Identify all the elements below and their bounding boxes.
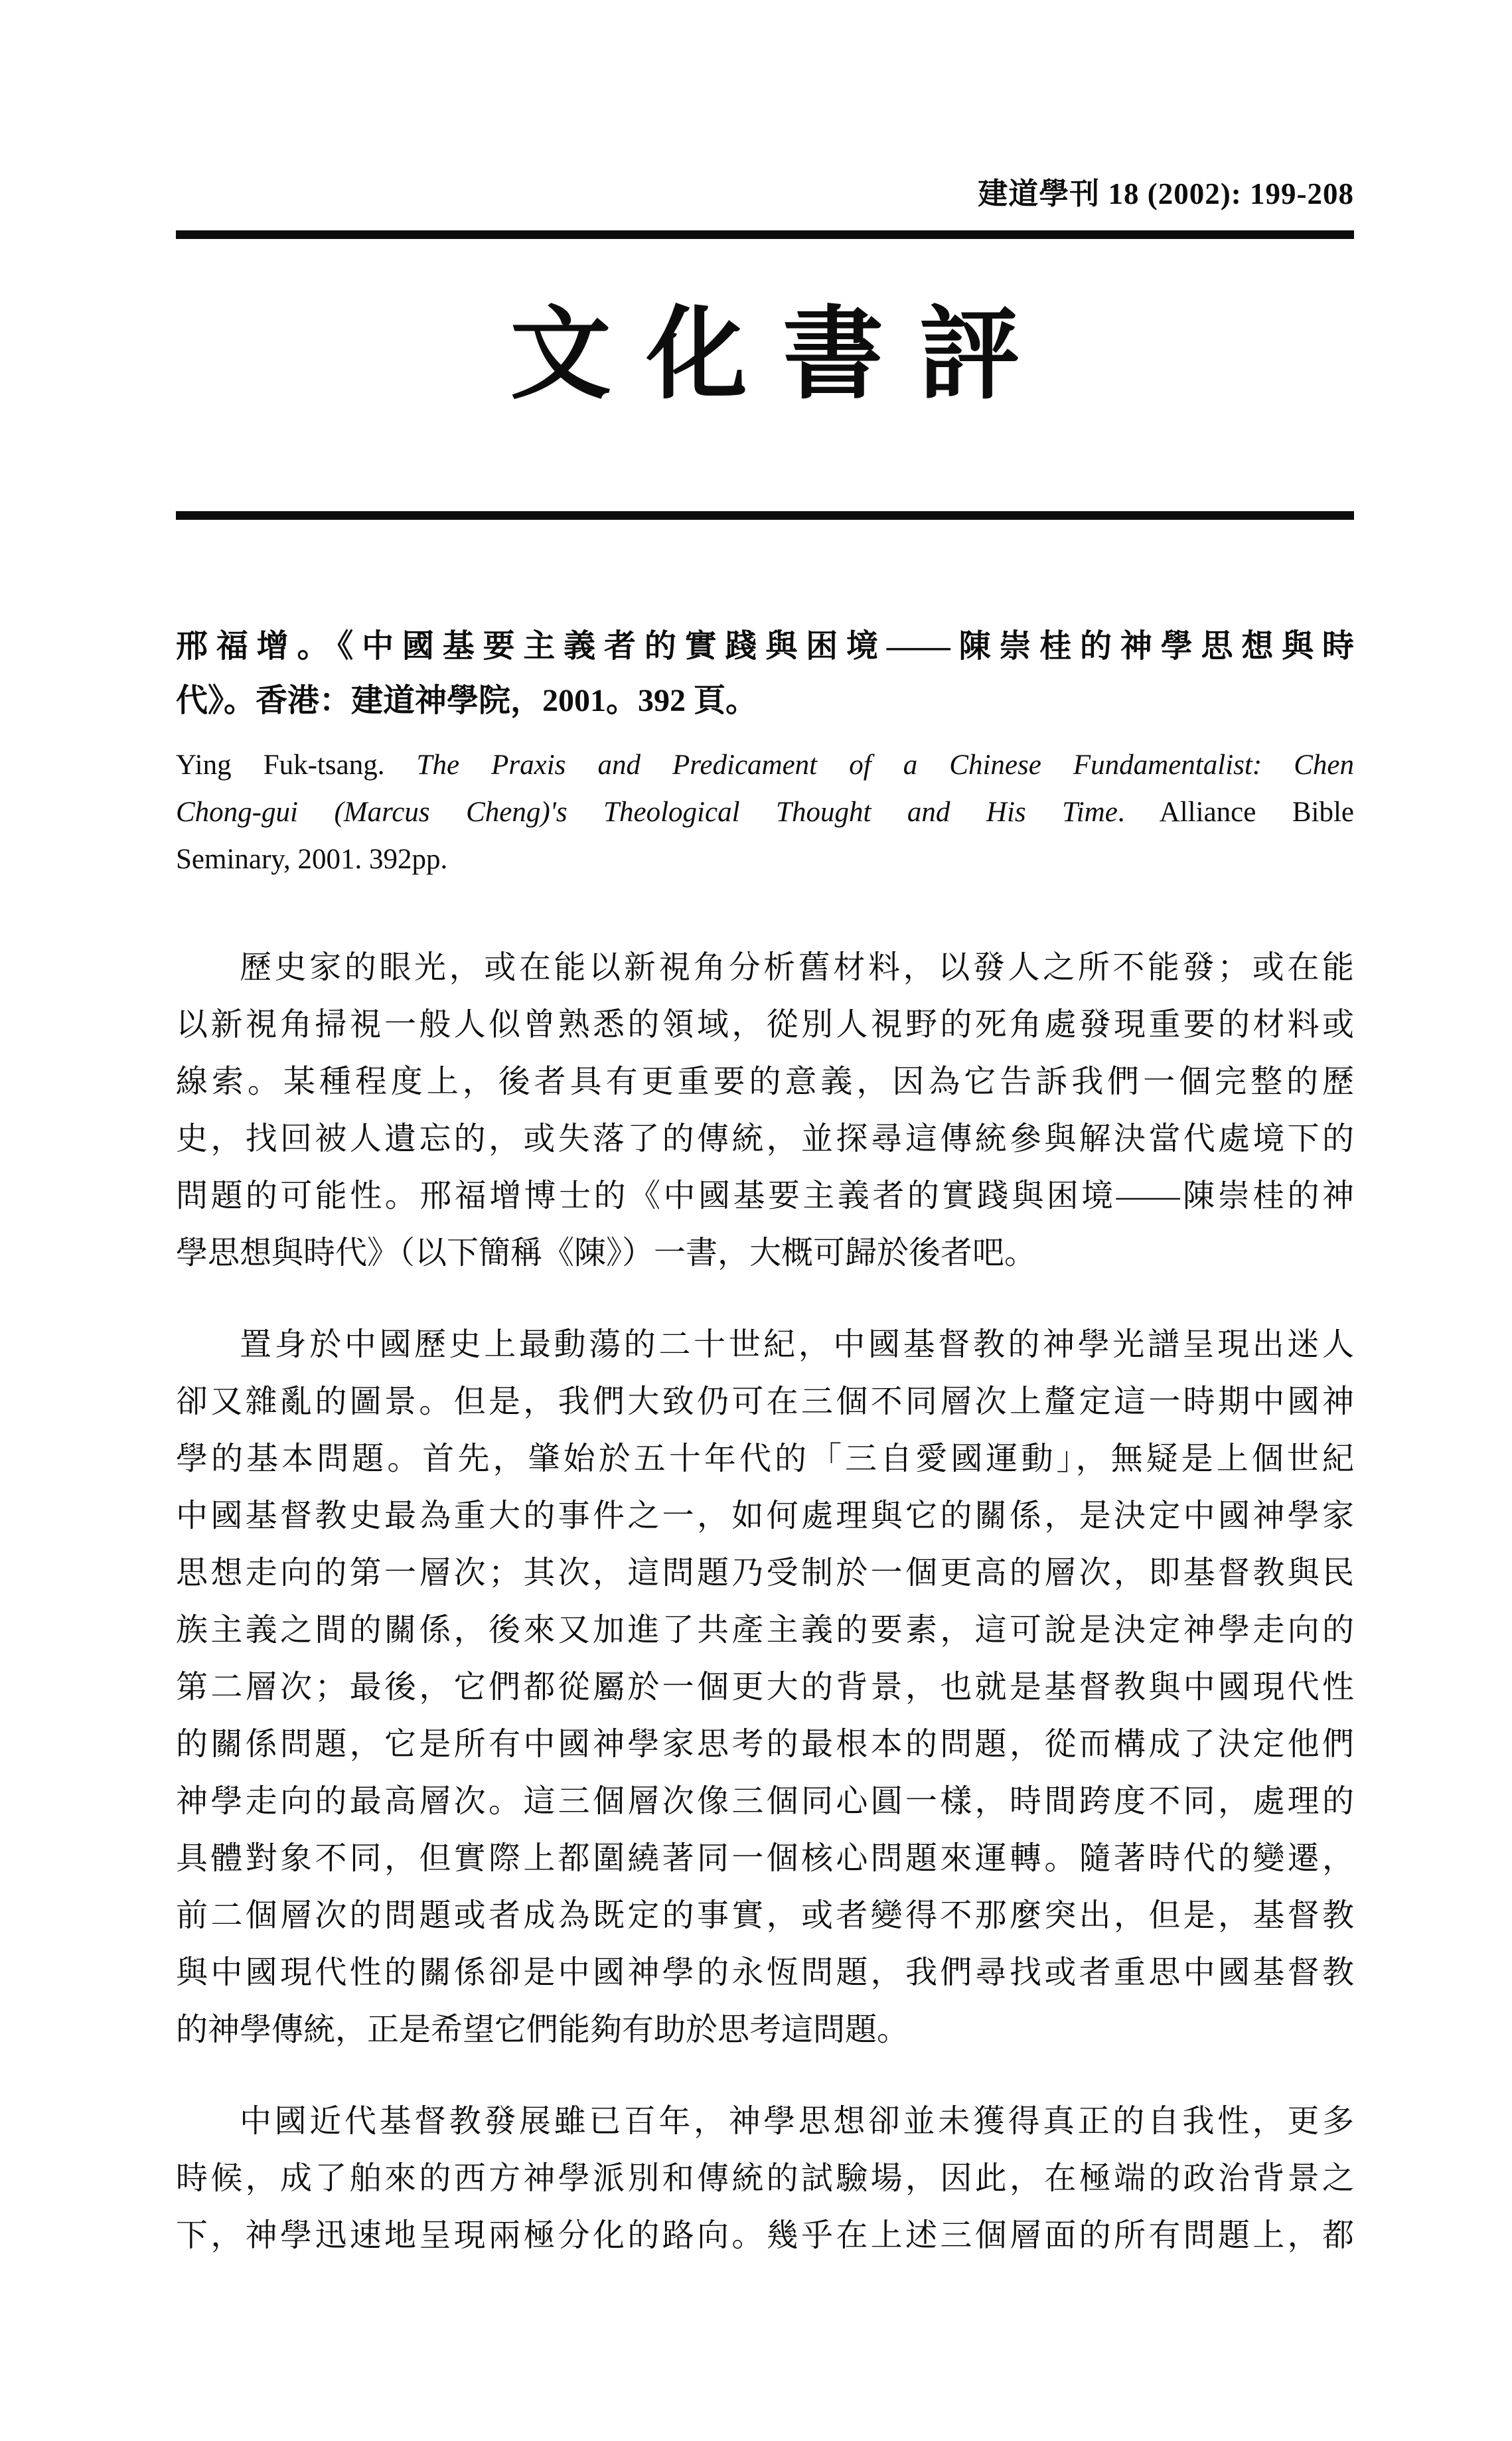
text-line: 的神學傳統，正是希望它們能夠有助於思考這問題。	[176, 2002, 1354, 2059]
text-line: 歷史家的眼光，或在能以新視角分析舊材料，以發人之所不能發；或在能	[176, 939, 1354, 996]
paragraph-1: 歷史家的眼光，或在能以新視角分析舊材料，以發人之所不能發；或在能 以新視角掃視一…	[176, 939, 1354, 1282]
text-line: 以新視角掃視一般人似曾熟悉的領域，從別人視野的死角處發現重要的材料或	[176, 996, 1354, 1054]
text-line: 問題的可能性。邢福增博士的《中國基要主義者的實踐與困境——陳崇桂的神	[176, 1168, 1354, 1225]
text-line: 中國近代基督教發展雖已百年，神學思想卻並未獲得真正的自我性，更多	[176, 2093, 1354, 2150]
citation-en-title-italic: Chong-gui (Marcus Cheng)'s Theological T…	[176, 797, 1118, 828]
paragraph-2: 置身於中國歷史上最動蕩的二十世紀，中國基督教的神學光譜呈現出迷人 卻又雜亂的圖景…	[176, 1316, 1354, 2059]
citation-en-line: Chong-gui (Marcus Cheng)'s Theological T…	[176, 789, 1354, 836]
text-line: 學思想與時代》（以下簡稱《陳》）一書，大概可歸於後者吧。	[176, 1225, 1354, 1282]
citation-zh-line: 邢福增。《中國基要主義者的實踐與困境——陳崇桂的神學思想與時	[176, 619, 1354, 674]
text-line: 時候，成了舶來的西方神學派別和傳統的試驗場，因此，在極端的政治背景之	[176, 2150, 1354, 2207]
text-line: 的關係問題，它是所有中國神學家思考的最根本的問題，從而構成了決定他們	[176, 1716, 1354, 1773]
journal-page: 建道學刊 18 (2002): 199-208 文化書評 邢福增。《中國基要主義…	[0, 0, 1512, 2441]
journal-header: 建道學刊 18 (2002): 199-208	[176, 174, 1354, 214]
citation-zh-line: 代》。香港：建道神學院，2001。392 頁。	[176, 674, 1354, 728]
text-line: 思想走向的第一層次；其次，這問題乃受制於一個更高的層次，即基督教與民	[176, 1545, 1354, 1602]
page-content: 建道學刊 18 (2002): 199-208 文化書評 邢福增。《中國基要主義…	[0, 0, 1512, 2264]
text-line: 神學走向的最高層次。這三個層次像三個同心圓一樣，時間跨度不同，處理的	[176, 1773, 1354, 1830]
citation-en-block: Ying Fuk-tsang. The Praxis and Predicame…	[176, 742, 1354, 883]
journal-issue-label: 建道學刊 18 (2002): 199-208	[978, 177, 1354, 210]
citation-block: 邢福增。《中國基要主義者的實踐與困境——陳崇桂的神學思想與時 代》。香港：建道神…	[176, 619, 1354, 883]
review-body: 歷史家的眼光，或在能以新視角分析舊材料，以發人之所不能發；或在能 以新視角掃視一…	[176, 939, 1354, 2264]
citation-en-line: Ying Fuk-tsang. The Praxis and Predicame…	[176, 742, 1354, 789]
text-line: 置身於中國歷史上最動蕩的二十世紀，中國基督教的神學光譜呈現出迷人	[176, 1316, 1354, 1374]
page-title: 文化書評	[176, 292, 1354, 418]
text-line: 具體對象不同，但實際上都圍繞著同一個核心問題來運轉。隨著時代的變遷，	[176, 1830, 1354, 1887]
paragraph-3: 中國近代基督教發展雖已百年，神學思想卻並未獲得真正的自我性，更多 時候，成了舶來…	[176, 2093, 1354, 2264]
text-line: 下，神學迅速地呈現兩極分化的路向。幾乎在上述三個層面的所有問題上，都	[176, 2207, 1354, 2264]
text-line: 學的基本問題。首先，肇始於五十年代的「三自愛國運動」，無疑是上個世紀	[176, 1431, 1354, 1488]
text-line: 族主義之間的關係，後來又加進了共產主義的要素，這可說是決定神學走向的	[176, 1602, 1354, 1659]
title-rule	[176, 511, 1354, 520]
text-line: 線索。某種程度上，後者具有更重要的意義，因為它告訴我們一個完整的歷	[176, 1054, 1354, 1111]
text-line: 中國基督教史最為重大的事件之一，如何處理與它的關係，是決定中國神學家	[176, 1488, 1354, 1545]
citation-en-title-italic: The Praxis and Predicament of a Chinese …	[417, 749, 1354, 781]
text-line: 史，找回被人遺忘的，或失落了的傳統，並探尋這傳統參與解決當代處境下的	[176, 1111, 1354, 1168]
citation-en-roman: Ying Fuk-tsang.	[176, 749, 417, 781]
text-line: 卻又雜亂的圖景。但是，我們大致仍可在三個不同層次上釐定這一時期中國神	[176, 1374, 1354, 1431]
citation-en-line: Seminary, 2001. 392pp.	[176, 836, 1354, 883]
text-line: 與中國現代性的關係卻是中國神學的永恆問題，我們尋找或者重思中國基督教	[176, 1944, 1354, 2002]
citation-en-roman: Seminary, 2001. 392pp.	[176, 844, 447, 875]
text-line: 第二層次；最後，它們都從屬於一個更大的背景，也就是基督教與中國現代性	[176, 1659, 1354, 1716]
text-line: 前二個層次的問題或者成為既定的事實，或者變得不那麼突出，但是，基督教	[176, 1887, 1354, 1944]
citation-en-roman: . Alliance Bible	[1118, 797, 1354, 828]
top-rule	[176, 230, 1354, 239]
